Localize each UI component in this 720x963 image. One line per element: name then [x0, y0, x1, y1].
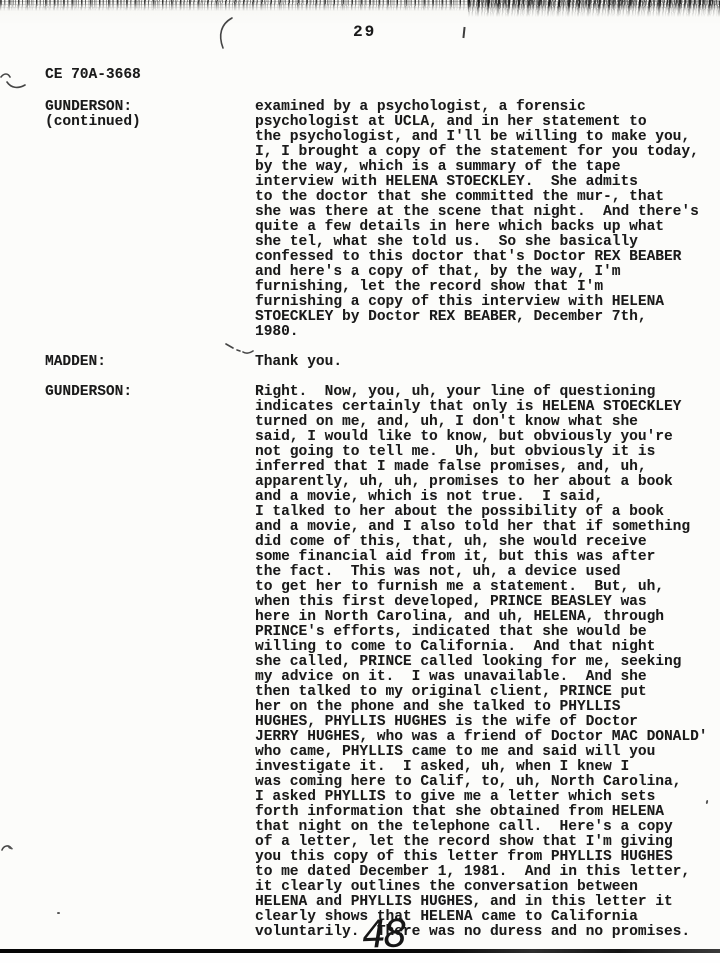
- document-page: 29 CE 70A-3668 GUNDERSON: (continued)exa…: [0, 0, 720, 963]
- stray-tick-mark: [462, 27, 465, 38]
- handwritten-margin-mark: [0, 70, 26, 92]
- scan-speck: [529, 120, 531, 122]
- scan-noise-artifact-right: [468, 0, 720, 17]
- scan-speck: [501, 285, 503, 289]
- transcript: GUNDERSON: (continued)examined by a psyc…: [45, 100, 720, 955]
- handwritten-paren-mark: [212, 16, 236, 50]
- transcript-entry: GUNDERSON: (continued)examined by a psyc…: [45, 100, 720, 340]
- handwritten-check-mark: [224, 342, 254, 356]
- speaker-label: MADDEN:: [45, 355, 255, 370]
- speech-text: Right. Now, you, uh, your line of questi…: [255, 385, 720, 940]
- speech-text: examined by a psychologist, a forensic p…: [255, 100, 720, 340]
- page-bottom-rule: [0, 949, 720, 953]
- scan-speck: [57, 912, 60, 914]
- page-bottom-margin: [0, 953, 720, 963]
- page-number: 29: [353, 25, 376, 40]
- handwritten-page-number: 48: [361, 914, 405, 953]
- transcript-entry: MADDEN:Thank you.: [45, 355, 720, 370]
- exhibit-label: CE 70A-3668: [45, 68, 141, 83]
- speech-text: Thank you.: [255, 355, 720, 370]
- speaker-label: GUNDERSON:: [45, 385, 255, 940]
- transcript-entry: GUNDERSON:Right. Now, you, uh, your line…: [45, 385, 720, 940]
- speaker-label: GUNDERSON: (continued): [45, 100, 255, 340]
